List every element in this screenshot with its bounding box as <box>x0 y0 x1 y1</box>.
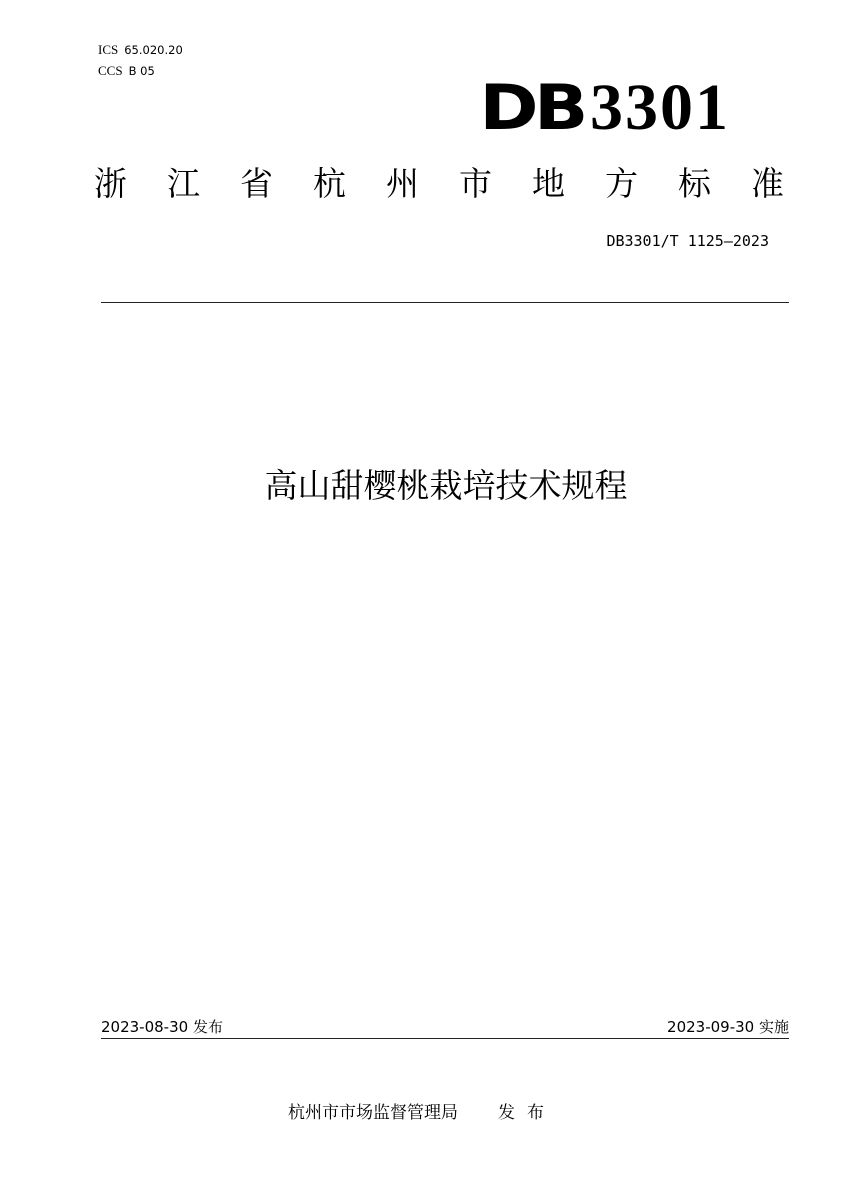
top-divider <box>101 302 789 303</box>
heading-char: 标 <box>678 160 711 208</box>
ccs-code: B 05 <box>129 64 155 78</box>
standard-number: DB3301/T 1125—2023 <box>606 232 769 250</box>
heading-char: 省 <box>240 160 273 208</box>
implement-date: 2023-09-30 实施 <box>667 1016 789 1037</box>
publish-date: 2023-08-30 发布 <box>101 1016 223 1037</box>
heading-char: 州 <box>386 160 419 208</box>
heading-char: 准 <box>751 160 784 208</box>
bottom-divider <box>101 1038 789 1039</box>
standard-logo: DB 3301 <box>493 70 730 136</box>
heading-char: 江 <box>167 160 200 208</box>
issuing-organization: 杭州市市场监督管理局 <box>288 1098 458 1123</box>
ccs-label: CCS <box>98 63 123 78</box>
heading-char: 方 <box>605 160 638 208</box>
ics-code: 65.020.20 <box>124 43 183 57</box>
ics-classification: ICS65.020.20 <box>98 42 183 58</box>
ics-label: ICS <box>98 42 118 57</box>
heading-char: 地 <box>532 160 565 208</box>
logo-prefix: DB <box>480 80 584 136</box>
standard-type-heading: 浙 江 省 杭 州 市 地 方 标 准 <box>94 160 784 208</box>
heading-char: 浙 <box>94 160 127 208</box>
issue-action: 发布 <box>498 1098 556 1123</box>
heading-char: 市 <box>459 160 492 208</box>
document-title: 高山甜樱桃栽培技术规程 <box>0 462 850 510</box>
ccs-classification: CCSB 05 <box>98 63 155 79</box>
heading-char: 杭 <box>313 160 346 208</box>
issuer-line: 杭州市市场监督管理局 发布 <box>288 1098 556 1123</box>
logo-code: 3301 <box>590 80 730 136</box>
